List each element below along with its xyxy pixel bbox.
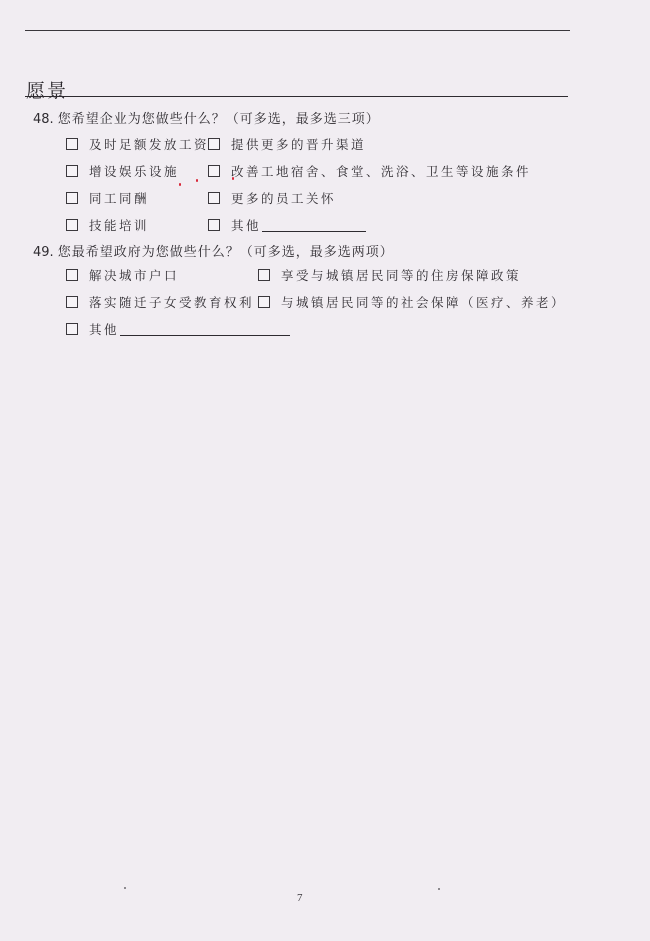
section-rule — [25, 96, 568, 97]
option-label: 技能培训 — [89, 216, 149, 234]
checkbox[interactable] — [208, 192, 220, 204]
checkbox[interactable] — [208, 219, 220, 231]
option-q48-training[interactable]: 技能培训 — [66, 217, 149, 233]
checkbox[interactable] — [66, 296, 78, 308]
checkbox[interactable] — [66, 192, 78, 204]
checkbox[interactable] — [208, 138, 220, 150]
question-number: 48. — [33, 112, 54, 127]
option-q49-social-security[interactable]: 与城镇居民同等的社会保障（医疗、养老） — [258, 294, 566, 310]
top-rule — [25, 30, 570, 31]
red-ink-mark — [179, 183, 181, 186]
section-title: 愿景 — [26, 76, 68, 103]
scan-dot — [438, 888, 440, 890]
scan-dot — [124, 887, 126, 889]
option-q48-equal-pay[interactable]: 同工同酬 — [66, 190, 149, 206]
option-label: 其他 — [89, 320, 119, 338]
checkbox[interactable] — [66, 165, 78, 177]
page-number: 7 — [297, 892, 303, 904]
red-ink-mark — [232, 177, 234, 180]
checkbox[interactable] — [258, 296, 270, 308]
option-q48-promotion[interactable]: 提供更多的晋升渠道 — [208, 136, 366, 152]
option-label: 与城镇居民同等的社会保障（医疗、养老） — [281, 293, 566, 311]
checkbox[interactable] — [258, 269, 270, 281]
red-ink-mark — [196, 179, 198, 182]
option-label: 更多的员工关怀 — [231, 189, 336, 207]
checkbox[interactable] — [66, 138, 78, 150]
checkbox[interactable] — [66, 219, 78, 231]
option-label: 改善工地宿舍、食堂、洗浴、卫生等设施条件 — [231, 162, 531, 180]
option-label: 同工同酬 — [89, 189, 149, 207]
option-q49-housing[interactable]: 享受与城镇居民同等的住房保障政策 — [258, 267, 521, 283]
question-49: 49.您最希望政府为您做些什么？（可多选，最多选两项） — [33, 241, 394, 260]
option-label: 其他 — [231, 216, 261, 234]
other-fill-in-field[interactable] — [262, 218, 366, 232]
option-q49-education[interactable]: 落实随迁子女受教育权利 — [66, 294, 254, 310]
checkbox[interactable] — [208, 165, 220, 177]
question-48: 48.您希望企业为您做些什么？（可多选，最多选三项） — [33, 108, 380, 127]
option-label: 提供更多的晋升渠道 — [231, 135, 366, 153]
option-q49-other[interactable]: 其他 — [66, 321, 290, 337]
checkbox[interactable] — [66, 323, 78, 335]
option-q48-employee-care[interactable]: 更多的员工关怀 — [208, 190, 336, 206]
option-label: 享受与城镇居民同等的住房保障政策 — [281, 266, 521, 284]
question-text: 您最希望政府为您做些什么？（可多选，最多选两项） — [58, 245, 394, 260]
checkbox[interactable] — [66, 269, 78, 281]
option-q49-hukou[interactable]: 解决城市户口 — [66, 267, 179, 283]
question-text: 您希望企业为您做些什么？（可多选，最多选三项） — [58, 112, 380, 127]
option-label: 增设娱乐设施 — [89, 162, 179, 180]
option-q48-entertainment[interactable]: 增设娱乐设施 — [66, 163, 179, 179]
option-label: 解决城市户口 — [89, 266, 179, 284]
option-q48-pay-wages[interactable]: 及时足额发放工资 — [66, 136, 209, 152]
option-q48-other[interactable]: 其他 — [208, 217, 366, 233]
option-q48-facilities[interactable]: 改善工地宿舍、食堂、洗浴、卫生等设施条件 — [208, 163, 531, 179]
option-label: 落实随迁子女受教育权利 — [89, 293, 254, 311]
option-label: 及时足额发放工资 — [89, 135, 209, 153]
other-fill-in-field[interactable] — [120, 322, 290, 336]
question-number: 49. — [33, 245, 54, 260]
